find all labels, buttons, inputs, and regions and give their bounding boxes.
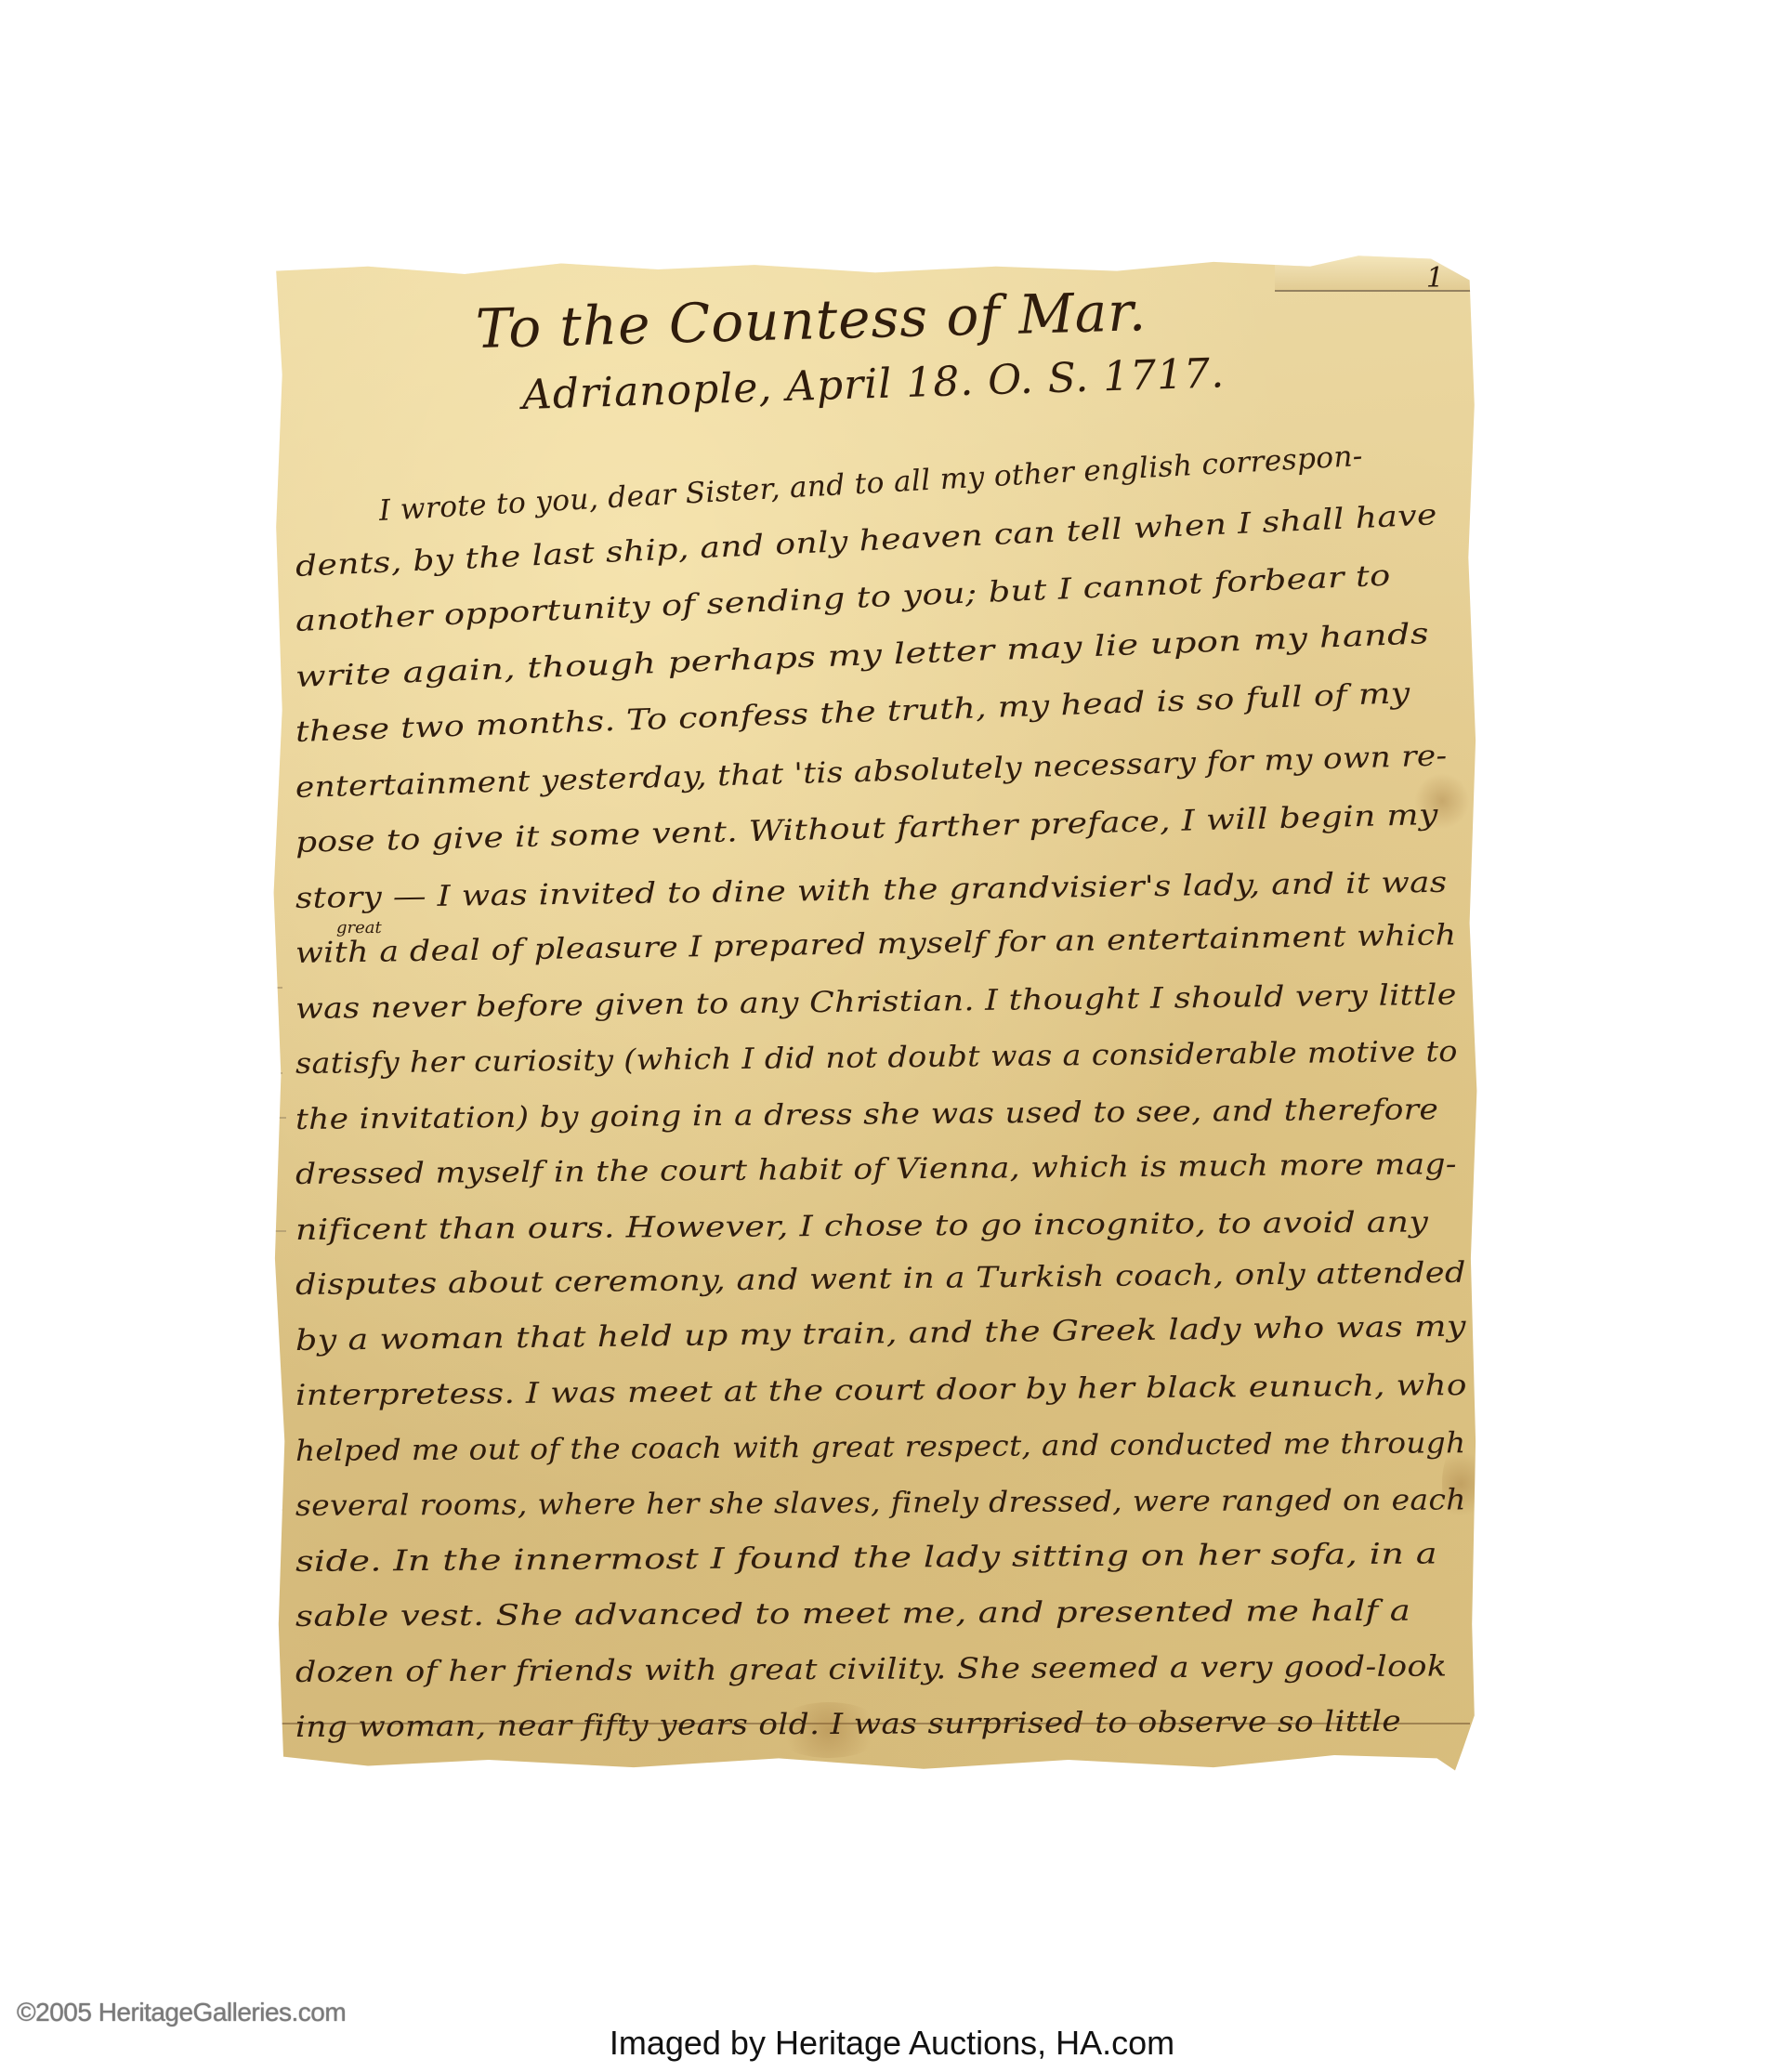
letter-line: satisfy her curiosity (which I did not d…: [295, 1033, 1458, 1082]
binding-thread: [260, 987, 282, 1074]
letter-heading-title: To the Countess of Mar.: [475, 280, 1148, 361]
folded-top-corner: [1275, 253, 1479, 292]
letter-line: interpretess. I was meet at the court do…: [295, 1367, 1467, 1414]
letter-dateline: Adrianople, April 18. O. S. 1717.: [521, 349, 1226, 419]
letter-line: sable vest. She advanced to meet me, and…: [295, 1593, 1410, 1635]
letter-line: ing woman, near fifty years old. I was s…: [295, 1703, 1401, 1746]
letter-line: the invitation) by going in a dress she …: [295, 1091, 1439, 1138]
letter-line: several rooms, where her she slaves, fin…: [295, 1481, 1466, 1525]
letter-line: side. In the innermost I found the lady …: [295, 1535, 1437, 1580]
letter-line: story — I was invited to dine with the g…: [295, 863, 1448, 916]
letter-line: pose to give it some vent. Without farth…: [295, 796, 1439, 861]
letter-line: dozen of her friends with great civility…: [295, 1647, 1448, 1690]
letter-line: entertainment yesterday, that 'tis absol…: [295, 737, 1448, 807]
interlinear-insertion: great: [336, 918, 382, 938]
binding-thread: [264, 1117, 286, 1232]
letter-line: with a deal of pleasure I prepared mysel…: [295, 916, 1457, 972]
letter-line: disputes about ceremony, and went in a T…: [295, 1254, 1466, 1304]
letter-line: nificent than ours. However, I chose to …: [295, 1203, 1428, 1249]
letter-line: was never before given to any Christian.…: [295, 976, 1457, 1027]
manuscript-letter-page: 1 To the Countess of Mar. Adrianople, Ap…: [271, 253, 1479, 1777]
binding-thread: [260, 1405, 282, 1511]
letter-line: helped me out of the coach with great re…: [295, 1424, 1466, 1470]
letter-line: dressed myself in the court habit of Vie…: [295, 1146, 1457, 1193]
page-number: 1: [1426, 262, 1444, 295]
letter-line: by a woman that held up my train, and th…: [295, 1307, 1466, 1358]
imaging-credit: Imaged by Heritage Auctions, HA.com: [0, 2024, 1784, 2063]
